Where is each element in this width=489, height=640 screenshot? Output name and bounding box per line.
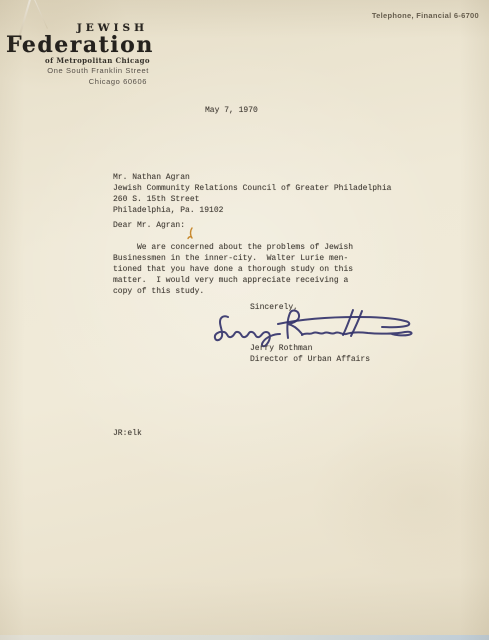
salutation: Dear Mr. Agran: (113, 220, 185, 231)
orange-pen-mark (186, 227, 196, 240)
signature-stroke (343, 310, 353, 335)
letterhead-org-subtitle: of Metropolitan Chicago (45, 56, 150, 65)
paper-stain (309, 420, 489, 580)
letter-date: May 7, 1970 (205, 105, 258, 116)
typed-signature-block: Jerry Rothman Director of Urban Affairs (250, 343, 370, 365)
scanned-letter-page: Telephone, Financial 6-6700 JEWISH Feder… (0, 0, 489, 640)
letterhead-phone: Telephone, Financial 6-6700 (372, 11, 479, 20)
signature-stroke (215, 316, 280, 346)
letterhead-org-federation: Federation (6, 34, 154, 56)
signature-stroke (302, 332, 412, 336)
letterhead-city-zip: Chicago 60606 (89, 77, 147, 86)
recipient-address-block: Mr. Nathan Agran Jewish Community Relati… (113, 172, 391, 216)
signature-stroke (287, 311, 302, 338)
letter-body: We are concerned about the problems of J… (113, 242, 353, 297)
letterhead-street-address: One South Franklin Street (47, 66, 149, 75)
letterhead: JEWISH Federation of Metropolitan Chicag… (6, 0, 150, 95)
scan-edge (0, 635, 489, 640)
reference-initials: JR:elk (113, 428, 142, 439)
